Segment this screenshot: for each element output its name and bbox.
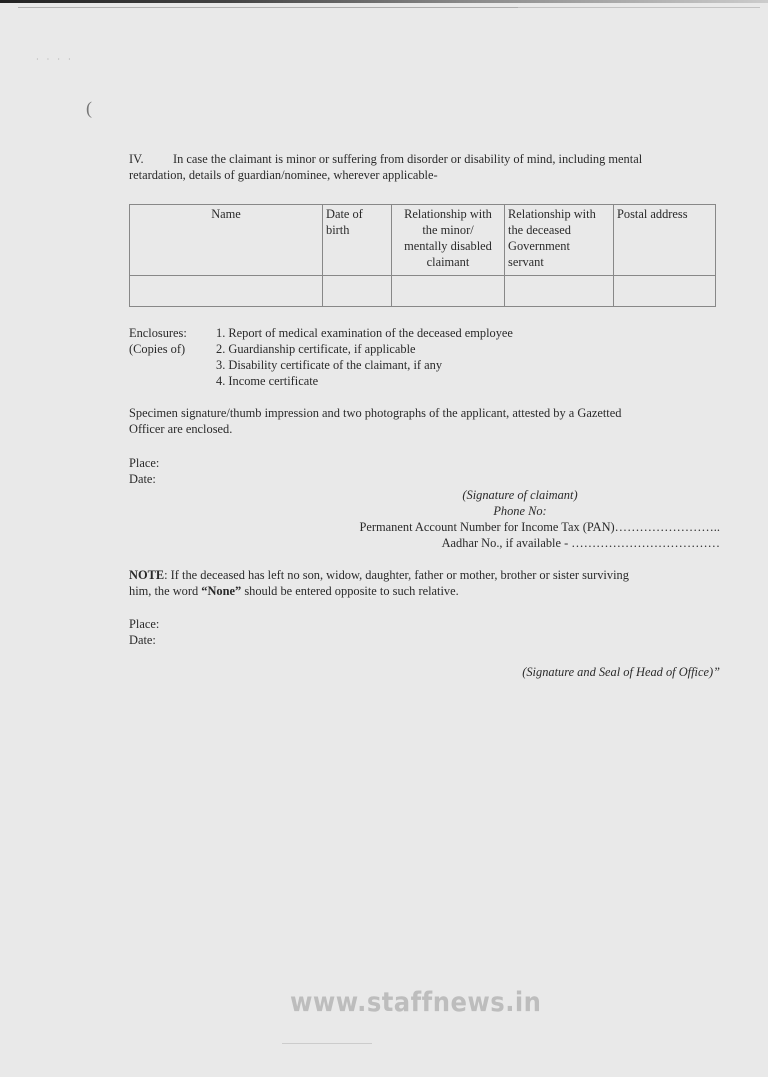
cell-postal-address[interactable] [614,276,716,307]
header-postal-address: Postal address [614,205,716,276]
pan-aadhar-block: Permanent Account Number for Income Tax … [360,519,720,551]
scan-top-edge [0,0,768,3]
header-relationship-deceased: Relationship with the deceased Governmen… [505,205,614,276]
cell-relationship-claimant[interactable] [392,276,505,307]
enclosures-label: Enclosures: (Copies of) [129,325,219,357]
section-text-line2: retardation, details of guardian/nominee… [129,167,720,183]
specimen-paragraph: Specimen signature/thumb impression and … [129,405,720,437]
table-row [130,276,716,307]
table-header-row: Name Date of birth Relationship with the… [130,205,716,276]
scan-rule [300,7,760,8]
cell-date-of-birth[interactable] [323,276,392,307]
header-name: Name [130,205,323,276]
date-label: Date: [129,471,159,487]
phone-label: Phone No: [420,503,620,519]
place-label: Place: [129,455,159,471]
note-paragraph: NOTE: If the deceased has left no son, w… [129,567,720,599]
place-label: Place: [129,616,159,632]
enclosures-list: 1. Report of medical examination of the … [216,325,513,389]
section-text-line1: In case the claimant is minor or sufferi… [173,152,642,166]
cell-name[interactable] [130,276,323,307]
scan-specks: · · · · [36,52,74,68]
guardian-table: Name Date of birth Relationship with the… [129,204,716,307]
enclosure-item: 1. Report of medical examination of the … [216,325,513,341]
watermark: www.staffnews.in [290,995,541,1011]
pan-field: Permanent Account Number for Income Tax … [360,519,720,535]
header-relationship-claimant: Relationship with the minor/ mentally di… [392,205,505,276]
scan-mark: ( [86,100,92,116]
cell-relationship-deceased[interactable] [505,276,614,307]
scan-rule [282,1043,372,1044]
section-iv-paragraph: IV.In case the claimant is minor or suff… [129,151,720,183]
enclosure-item: 2. Guardianship certificate, if applicab… [216,341,513,357]
claimant-signature-label: (Signature of claimant) [420,487,620,503]
enclosure-item: 4. Income certificate [216,373,513,389]
claimant-place-date: Place: Date: [129,455,159,487]
head-of-office-signature: (Signature and Seal of Head of Office)” [522,664,720,680]
header-date-of-birth: Date of birth [323,205,392,276]
claimant-signature-block: (Signature of claimant) Phone No: [420,487,620,519]
note-label: NOTE [129,568,164,582]
office-place-date: Place: Date: [129,616,159,648]
aadhar-field: Aadhar No., if available - ……………………………… [360,535,720,551]
enclosure-item: 3. Disability certificate of the claiman… [216,357,513,373]
section-numeral: IV. [129,151,173,167]
date-label: Date: [129,632,159,648]
